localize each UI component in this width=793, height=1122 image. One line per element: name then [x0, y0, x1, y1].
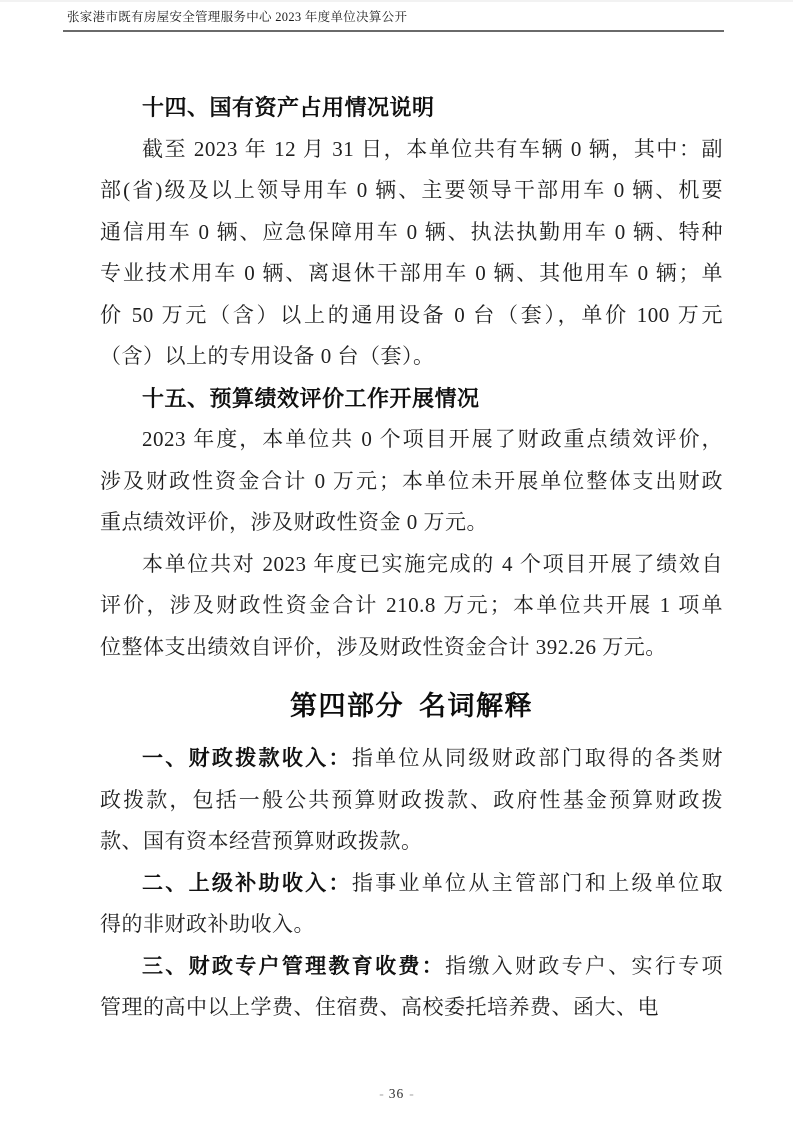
paragraph: 截至 2023 年 12 月 31 日，本单位共有车辆 0 辆，其中：副部(省)…	[100, 129, 723, 378]
text-line: 三、财政专户管理教育收费：指缴入财政专户、实行专项	[100, 946, 723, 988]
footer-dash-right: -	[409, 1086, 414, 1101]
text-line: 本单位共对 2023 年度已实施完成的 4 个项目开展了绩效自	[100, 544, 723, 586]
text-line: 二、上级补助收入：指事业单位从主管部门和上级单位取	[100, 863, 723, 905]
part-title: 第四部分 名词解释	[100, 668, 723, 738]
page-footer: -36-	[0, 1084, 793, 1104]
text-line: 得的非财政补助收入。	[100, 904, 723, 946]
text-line: 专业技术用车 0 辆、离退休干部用车 0 辆、其他用车 0 辆；单	[100, 253, 723, 295]
page-header: 张家港市既有房屋安全管理服务中心 2023 年度单位决算公开	[63, 9, 724, 32]
text-line: 政拨款，包括一般公共预算财政拨款、政府性基金预算财政拨	[100, 780, 723, 822]
text-line: 部(省)级及以上领导用车 0 辆、主要领导干部用车 0 辆、机要	[100, 170, 723, 212]
paragraph: 本单位共对 2023 年度已实施完成的 4 个项目开展了绩效自评价，涉及财政性资…	[100, 544, 723, 669]
term-label: 二、上级补助收入：	[142, 872, 352, 895]
document-page: 张家港市既有房屋安全管理服务中心 2023 年度单位决算公开 十四、国有资产占用…	[0, 0, 793, 1122]
term-label: 三、财政专户管理教育收费：	[142, 955, 445, 978]
term-label: 一、财政拨款收入：	[142, 747, 352, 770]
paragraph: 一、财政拨款收入：指单位从同级财政部门取得的各类财政拨款，包括一般公共预算财政拨…	[100, 738, 723, 863]
header-title: 张家港市既有房屋安全管理服务中心 2023 年度单位决算公开	[67, 9, 724, 26]
text-line: 2023 年度，本单位共 0 个项目开展了财政重点绩效评价，	[100, 419, 723, 461]
paragraph: 2023 年度，本单位共 0 个项目开展了财政重点绩效评价，涉及财政性资金合计 …	[100, 419, 723, 544]
text-line: （含）以上的专用设备 0 台（套）。	[100, 336, 723, 378]
text-line: 管理的高中以上学费、住宿费、高校委托培养费、函大、电	[100, 987, 723, 1029]
text-line: 截至 2023 年 12 月 31 日，本单位共有车辆 0 辆，其中：副	[100, 129, 723, 171]
text-line: 评价，涉及财政性资金合计 210.8 万元；本单位共开展 1 项单	[100, 585, 723, 627]
footer-dash-left: -	[379, 1086, 384, 1101]
section-heading: 十五、预算绩效评价工作开展情况	[100, 378, 723, 420]
footer-page-number: 36	[389, 1086, 405, 1101]
section-heading: 十四、国有资产占用情况说明	[100, 87, 723, 129]
paragraph: 二、上级补助收入：指事业单位从主管部门和上级单位取得的非财政补助收入。	[100, 863, 723, 946]
text-line: 一、财政拨款收入：指单位从同级财政部门取得的各类财	[100, 738, 723, 780]
text-line: 款、国有资本经营预算财政拨款。	[100, 821, 723, 863]
text-line: 位整体支出绩效自评价，涉及财政性资金合计 392.26 万元。	[100, 627, 723, 669]
text-line: 通信用车 0 辆、应急保障用车 0 辆、执法执勤用车 0 辆、特种	[100, 212, 723, 254]
document-body: 十四、国有资产占用情况说明截至 2023 年 12 月 31 日，本单位共有车辆…	[100, 87, 723, 1029]
text-line: 涉及财政性资金合计 0 万元；本单位未开展单位整体支出财政	[100, 461, 723, 503]
text-line: 重点绩效评价，涉及财政性资金 0 万元。	[100, 502, 723, 544]
paragraph: 三、财政专户管理教育收费：指缴入财政专户、实行专项管理的高中以上学费、住宿费、高…	[100, 946, 723, 1029]
text-line: 价 50 万元（含）以上的通用设备 0 台（套），单价 100 万元	[100, 295, 723, 337]
